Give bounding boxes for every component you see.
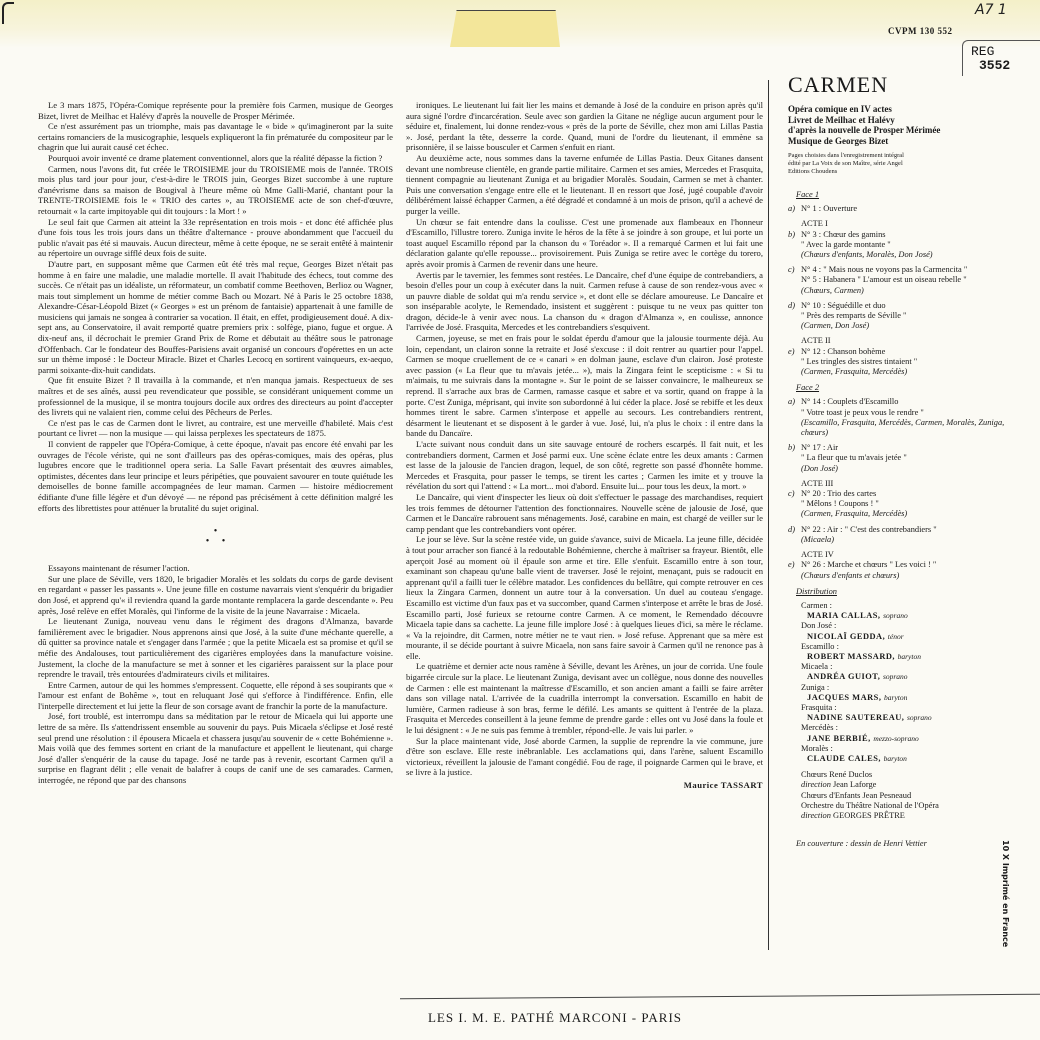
cast-artist: ANDRÉA GUIOT, soprano	[801, 672, 1008, 682]
voice-type: ténor	[888, 632, 904, 641]
track-title: " Votre toast je peux vous le rendre "	[801, 408, 1008, 418]
sleeve-corner	[2, 2, 14, 24]
bottom-rule	[400, 994, 1040, 999]
track-title: N° 5 : Habanera " L'amour est un oiseau …	[801, 275, 967, 285]
section-separator: •• •	[38, 527, 393, 547]
track-performers: (Chœurs d'enfants et chœurs)	[801, 571, 936, 581]
voice-type: baryton	[884, 693, 907, 702]
track-performers: (Escamillo, Frasquita, Mercédès, Carmen,…	[801, 418, 1008, 438]
track-letter: a)	[788, 204, 801, 214]
track-body: N° 1 : Ouverture	[801, 204, 857, 214]
voice-type: soprano	[907, 713, 932, 722]
artist-name: JACQUES MARS,	[807, 693, 884, 702]
publisher-footer: LES I. M. E. PATHÉ MARCONI - PARIS	[0, 1010, 1040, 1026]
track-letter: c)	[788, 489, 801, 520]
paragraph: ironiques. Le lieutenant lui fait lier l…	[406, 100, 763, 153]
paragraph: Au deuxième acte, nous sommes dans la ta…	[406, 153, 763, 217]
track-title: N° 26 : Marche et chœurs " Les voici ! "	[801, 560, 936, 570]
artist-name: CLAUDE CALES,	[807, 754, 884, 763]
subtitle-line: Livret de Meilhac et Halévy	[788, 115, 1008, 126]
track-performers: (Chœurs d'enfants, Moralès, Don José)	[801, 250, 933, 260]
artist-name: MARIA CALLAS,	[807, 611, 883, 620]
track-letter: e)	[788, 560, 801, 580]
paragraph: Le lieutenant Zuniga, nouveau venu dans …	[38, 616, 393, 680]
artist-name: ROBERT MASSARD,	[807, 652, 898, 661]
author-signature: Maurice TASSART	[406, 780, 763, 791]
act-heading: ACTE I	[801, 219, 1008, 229]
track-body: N° 26 : Marche et chœurs " Les voici ! "…	[801, 560, 936, 580]
cast-role: Don José :	[801, 621, 1008, 631]
act-heading: ACTE III	[801, 479, 1008, 489]
track-title: " Avec la garde montante "	[801, 240, 933, 250]
track-letter: a)	[788, 397, 801, 438]
cast-role: Moralès :	[801, 744, 1008, 754]
notes-column-left: Le 3 mars 1875, l'Opéra-Comique représen…	[38, 100, 393, 786]
small-print-line: Pages choisies dans l'enregistrement int…	[788, 152, 1008, 160]
track-item: d)N° 22 : Air : " C'est des contrebandie…	[788, 525, 1008, 545]
cast-role: Micaela :	[801, 662, 1008, 672]
small-print-line: édité par La Voix de son Maître, série A…	[788, 160, 1008, 168]
credit-name: Chœurs René Duclos	[801, 770, 872, 779]
track-item: e)N° 26 : Marche et chœurs " Les voici !…	[788, 560, 1008, 580]
paragraph: Le jour se lève. Sur la scène restée vid…	[406, 534, 763, 661]
track-letter: d)	[788, 301, 801, 332]
paragraph: Pourquoi avoir inventé ce drame platemen…	[38, 153, 393, 164]
act-heading: ACTE IV	[801, 550, 1008, 560]
credits-list: Chœurs René Duclosdirection Jean Laforge…	[801, 770, 1008, 821]
track-performers: (Don José)	[801, 464, 907, 474]
paragraph: Sur la place maintenant vide, José abord…	[406, 736, 763, 778]
track-body: N° 14 : Couplets d'Escamillo" Votre toas…	[801, 397, 1008, 438]
cover-note: En couverture : dessin de Henri Vettier	[796, 839, 1008, 849]
paragraph: Le 3 mars 1875, l'Opéra-Comique représen…	[38, 100, 393, 121]
track-item: e)N° 12 : Chanson bohème" Les tringles d…	[788, 347, 1008, 378]
credit-name: Chœurs d'Enfants Jean Pesneaud	[801, 791, 911, 800]
track-item: c)N° 20 : Trio des cartes" Mêlons ! Coup…	[788, 489, 1008, 520]
track-title: N° 12 : Chanson bohème	[801, 347, 917, 357]
sleeve-tab	[450, 10, 560, 47]
credit-line: Orchestre du Théâtre National de l'Opéra	[801, 801, 1008, 811]
track-listing: Face 1a)N° 1 : OuvertureACTE Ib)N° 3 : C…	[788, 190, 1008, 581]
credit-line: direction Jean Laforge	[801, 780, 1008, 790]
catalog-number: CVPM 130 552	[888, 26, 953, 36]
credit-prefix: direction	[801, 811, 833, 820]
registration-stamp: REG 3552	[962, 40, 1040, 76]
side-label: Face 2	[796, 383, 1008, 393]
cast-role: Carmen :	[801, 601, 1008, 611]
summary-text: Essayons maintenant de résumer l'action.…	[38, 563, 393, 785]
summary-continued-text: ironiques. Le lieutenant lui fait lier l…	[406, 100, 763, 778]
subtitle-line: Opéra comique en IV actes	[788, 104, 1008, 115]
paragraph: Entre Carmen, autour de qui les hommes s…	[38, 680, 393, 712]
track-title: N° 14 : Couplets d'Escamillo	[801, 397, 1008, 407]
track-title: N° 22 : Air : " C'est des contrebandiers…	[801, 525, 937, 535]
stamp-line-1: REG	[971, 44, 994, 59]
cast-artist: CLAUDE CALES, baryton	[801, 754, 1008, 764]
cast-artist: JANE BERBIÉ, mezzo-soprano	[801, 734, 1008, 744]
track-body: N° 17 : Air" La fleur que tu m'avais jet…	[801, 443, 907, 474]
cast-artist: ROBERT MASSARD, baryton	[801, 652, 1008, 662]
column-divider	[768, 80, 769, 950]
paragraph: Le Dancaïre, qui vient d'inspecter les l…	[406, 492, 763, 534]
cast-artist: JACQUES MARS, baryton	[801, 693, 1008, 703]
track-title: N° 3 : Chœur des gamins	[801, 230, 933, 240]
track-letter: e)	[788, 347, 801, 378]
track-performers: (Carmen, Frasquita, Mercédès)	[801, 509, 907, 519]
credit-prefix: direction	[801, 780, 833, 789]
paragraph: Le seul fait que Carmen ait atteint la 3…	[38, 217, 393, 259]
artist-name: JANE BERBIÉ,	[807, 734, 873, 743]
intro-text: Le 3 mars 1875, l'Opéra-Comique représen…	[38, 100, 393, 513]
notes-column-middle: ironiques. Le lieutenant lui fait lier l…	[406, 100, 763, 791]
track-performers: (Chœurs, Carmen)	[801, 286, 967, 296]
track-body: N° 22 : Air : " C'est des contrebandiers…	[801, 525, 937, 545]
track-letter: b)	[788, 230, 801, 261]
side-label: Face 1	[796, 190, 1008, 200]
paragraph: L'acte suivant nous conduit dans un site…	[406, 439, 763, 492]
album-title: CARMEN	[788, 72, 1008, 98]
side-print: 10 X Imprimé en France	[1001, 840, 1010, 947]
voice-type: soprano	[883, 611, 908, 620]
paragraph: Ce n'est pas le cas de Carmen dont le li…	[38, 418, 393, 439]
paragraph: Il convient de rappeler que l'Opéra-Comi…	[38, 439, 393, 513]
paragraph: D'autre part, en supposant même que Carm…	[38, 259, 393, 376]
credit-name: Jean Laforge	[833, 780, 876, 789]
paragraph: José, fort troublé, est interrompu dans …	[38, 711, 393, 785]
paragraph: Sur une place de Séville, vers 1820, le …	[38, 574, 393, 616]
credit-name: Orchestre du Théâtre National de l'Opéra	[801, 801, 939, 810]
track-performers: (Carmen, Frasquita, Mercédès)	[801, 367, 917, 377]
track-letter: b)	[788, 443, 801, 474]
credit-line: Chœurs René Duclos	[801, 770, 1008, 780]
track-title: N° 17 : Air	[801, 443, 907, 453]
track-letter: d)	[788, 525, 801, 545]
track-letter: c)	[788, 265, 801, 296]
track-title: N° 20 : Trio des cartes	[801, 489, 907, 499]
cast-role: Escamillo :	[801, 642, 1008, 652]
cast-artist: MARIA CALLAS, soprano	[801, 611, 1008, 621]
track-title: N° 1 : Ouverture	[801, 204, 857, 214]
track-item: a)N° 1 : Ouverture	[788, 204, 1008, 214]
cast-artist: NICOLAÏ GEDDA, ténor	[801, 632, 1008, 642]
act-heading: ACTE II	[801, 336, 1008, 346]
subtitle-line: Musique de Georges Bizet	[788, 136, 1008, 147]
track-body: N° 20 : Trio des cartes" Mêlons ! Coupon…	[801, 489, 907, 520]
artist-name: ANDRÉA GUIOT,	[807, 672, 883, 681]
paragraph: Que fit ensuite Bizet ? Il travailla à l…	[38, 375, 393, 417]
track-title: " La fleur que tu m'avais jetée "	[801, 453, 907, 463]
track-title: N° 4 : " Mais nous ne voyons pas la Carm…	[801, 265, 967, 275]
credit-name: GEORGES PRÊTRE	[833, 811, 905, 820]
track-body: N° 4 : " Mais nous ne voyons pas la Carm…	[801, 265, 967, 296]
paragraph: Carmen, joyeuse, se met en frais pour le…	[406, 333, 763, 439]
track-item: c)N° 4 : " Mais nous ne voyons pas la Ca…	[788, 265, 1008, 296]
track-item: b)N° 3 : Chœur des gamins" Avec la garde…	[788, 230, 1008, 261]
track-item: d)N° 10 : Séguédille et duo" Près des re…	[788, 301, 1008, 332]
track-title: " Mêlons ! Coupons ! "	[801, 499, 907, 509]
cast-list: Carmen :MARIA CALLAS, sopranoDon José :N…	[801, 601, 1008, 764]
voice-type: soprano	[883, 672, 908, 681]
track-title: " Près des remparts de Séville "	[801, 311, 906, 321]
cast-role: Mercédès :	[801, 723, 1008, 733]
paragraph: Avertis par le tavernier, les femmes son…	[406, 270, 763, 334]
credit-line: Chœurs d'Enfants Jean Pesneaud	[801, 791, 1008, 801]
paragraph: Un chœur se fait entendre dans la coulis…	[406, 217, 763, 270]
cast-role: Zuniga :	[801, 683, 1008, 693]
track-body: N° 12 : Chanson bohème" Les tringles des…	[801, 347, 917, 378]
artist-name: NADINE SAUTEREAU,	[807, 713, 907, 722]
sidebar: CARMEN Opéra comique en IV actesLivret d…	[788, 72, 1008, 849]
subtitle-line: d'après la nouvelle de Prosper Mérimée	[788, 125, 1008, 136]
cast-artist: NADINE SAUTEREAU, soprano	[801, 713, 1008, 723]
small-print-line: Editions Choudens	[788, 168, 1008, 176]
paragraph: Essayons maintenant de résumer l'action.	[38, 563, 393, 574]
voice-type: mezzo-soprano	[873, 734, 918, 743]
paragraph: Le quatrième et dernier acte nous ramène…	[406, 661, 763, 735]
handwritten-note: A7 1	[975, 2, 1007, 18]
track-title: N° 10 : Séguédille et duo	[801, 301, 906, 311]
paragraph: Carmen, nous l'avons dit, fut créée le T…	[38, 164, 393, 217]
track-performers: (Micaela)	[801, 535, 937, 545]
track-item: b)N° 17 : Air" La fleur que tu m'avais j…	[788, 443, 1008, 474]
stamp-line-2: 3552	[971, 59, 1040, 73]
cast-role: Frasquita :	[801, 703, 1008, 713]
artist-name: NICOLAÏ GEDDA,	[807, 632, 888, 641]
paragraph: Ce n'est assurément pas un triomphe, mai…	[38, 121, 393, 153]
track-body: N° 3 : Chœur des gamins" Avec la garde m…	[801, 230, 933, 261]
credit-line: direction GEORGES PRÊTRE	[801, 811, 1008, 821]
album-subtitle: Opéra comique en IV actesLivret de Meilh…	[788, 104, 1008, 146]
track-title: " Les tringles des sistres tintaient "	[801, 357, 917, 367]
voice-type: baryton	[884, 754, 907, 763]
track-item: a)N° 14 : Couplets d'Escamillo" Votre to…	[788, 397, 1008, 438]
track-body: N° 10 : Séguédille et duo" Près des remp…	[801, 301, 906, 332]
voice-type: baryton	[898, 652, 921, 661]
track-performers: (Carmen, Don José)	[801, 321, 906, 331]
small-print: Pages choisies dans l'enregistrement int…	[788, 152, 1008, 176]
distribution-heading: Distribution	[796, 587, 1008, 597]
